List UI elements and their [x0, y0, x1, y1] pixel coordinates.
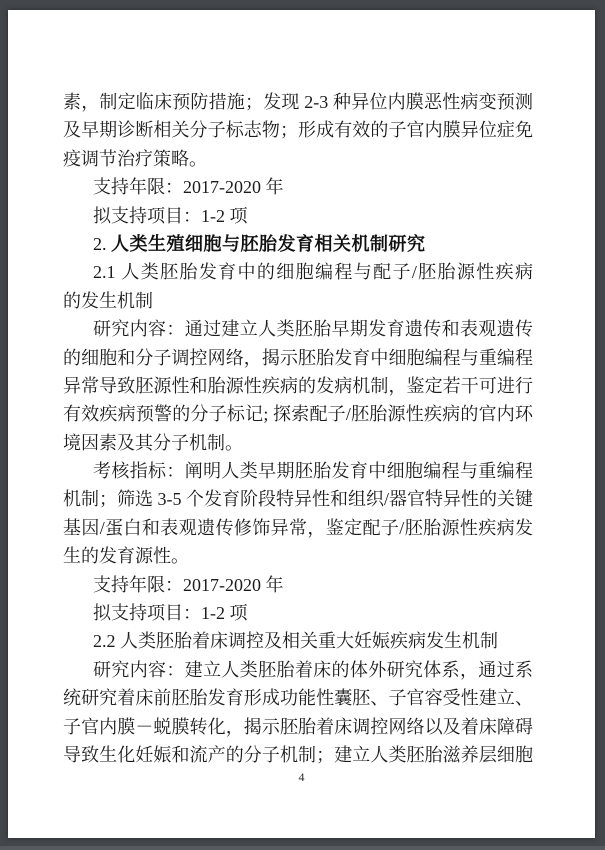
- subsection-2-2-line: 2.2 人类胚胎着床调控及相关重大妊娠疾病发生机制: [63, 627, 533, 655]
- text-line: 基因/蛋白和表观遗传修饰异常，鉴定配子/胚胎源性疾病发: [63, 514, 533, 542]
- text-line: 疫调节治疗策略。: [63, 145, 533, 173]
- assessment-criteria-line: 考核指标：阐明人类早期胚胎发育中细胞编程与重编程: [63, 457, 533, 485]
- text-line: 机制；筛选 3-5 个发育阶段特异性和组织/器官特异性的关键: [63, 485, 533, 513]
- support-years-line: 支持年限：2017-2020 年: [63, 571, 533, 599]
- text-line: 导致生化妊娠和流产的分子机制；建立人类胚胎滋养层细胞: [63, 741, 533, 769]
- pdf-viewer-background: 素，制定临床预防措施；发现 2-3 种异位内膜恶性病变预测 及早期诊断相关分子标…: [0, 0, 605, 850]
- document-page: 素，制定临床预防措施；发现 2-3 种异位内膜恶性病变预测 及早期诊断相关分子标…: [8, 10, 595, 838]
- section-heading: 2. 人类生殖细胞与胚胎发育相关机制研究: [63, 230, 533, 258]
- subsection-2-1-line: 2.1 人类胚胎发育中的细胞编程与配子/胚胎源性疾病: [63, 258, 533, 286]
- text-line: 及早期诊断相关分子标志物；形成有效的子官内膜异位症免: [63, 116, 533, 144]
- support-years-line: 支持年限：2017-2020 年: [63, 173, 533, 201]
- text-line: 的细胞和分子调控网络，揭示胚胎发育中细胞编程与重编程: [63, 344, 533, 372]
- text-line: 异常导致胚源性和胎源性疾病的发病机制，鉴定若干可进行: [63, 372, 533, 400]
- page-number: 4: [8, 770, 595, 784]
- text-line: 子官内膜－蜕膜转化，揭示胚胎着床调控网络以及着床障碍: [63, 713, 533, 741]
- text-line: 境因素及其分子机制。: [63, 429, 533, 457]
- document-text-block: 素，制定临床预防措施；发现 2-3 种异位内膜恶性病变预测 及早期诊断相关分子标…: [63, 88, 533, 769]
- text-line: 统研究着床前胚胎发育形成功能性囊胚、子官容受性建立、: [63, 684, 533, 712]
- section-title: 人类生殖细胞与胚胎发育相关机制研究: [111, 234, 426, 254]
- text-line: 生的发育源性。: [63, 542, 533, 570]
- text-line: 有效疾病预警的分子标记; 探索配子/胚胎源性疾病的官内环: [63, 400, 533, 428]
- viewer-bottom-edge: [0, 846, 605, 850]
- section-number: 2.: [93, 234, 107, 254]
- research-content-line: 研究内容：建立人类胚胎着床的体外研究体系，通过系: [63, 656, 533, 684]
- planned-projects-line: 拟支持项目：1-2 项: [63, 599, 533, 627]
- text-line: 素，制定临床预防措施；发现 2-3 种异位内膜恶性病变预测: [63, 88, 533, 116]
- research-content-line: 研究内容：通过建立人类胚胎早期发育遗传和表观遗传: [63, 315, 533, 343]
- text-line: 的发生机制: [63, 287, 533, 315]
- planned-projects-line: 拟支持项目：1-2 项: [63, 202, 533, 230]
